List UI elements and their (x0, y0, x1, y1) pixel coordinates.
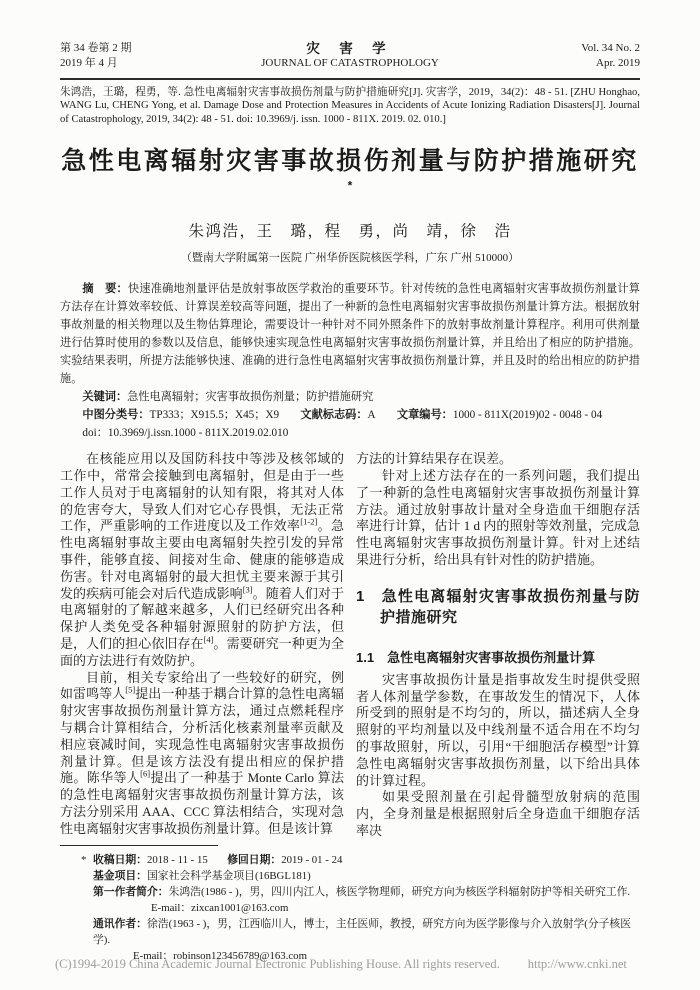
body-paragraph: 目前，相关专家给出了一些较好的研究，例如雷鸣等人[5]提出一种基于耦合计算的急性… (60, 670, 344, 838)
left-column: 在核能应用以及国防科技中等涉及核邻域的工作中，常常会接触到电离辐射，但是由于一些… (60, 451, 344, 840)
classification-line: 中图分类号：TP333；X915.5；X45；X9文献标志码：A文章编号：100… (60, 406, 640, 424)
received-label: 收稿日期： (93, 854, 147, 866)
article-title-text: 急性电离辐射灾害事故损伤剂量与防护措施研究 (61, 147, 639, 175)
right-column: 方法的计算结果存在误差。针对上述方法存在的一系列问题，我们提出了一种新的急性电离… (356, 451, 640, 840)
abstract-text: 快速准确地剂量评估是放射事故医学救治的重要环节。针对传统的急性电离辐射灾害事故损… (60, 283, 640, 385)
footnote-divider (60, 845, 218, 846)
fund-label: 基金项目： (93, 870, 147, 882)
body-paragraph: 在核能应用以及国防科技中等涉及核邻域的工作中，常常会接触到电离辐射，但是由于一些… (60, 451, 344, 669)
footnote-mark: * (81, 852, 93, 868)
body-paragraph: 方法的计算结果存在误差。 (356, 451, 640, 468)
article-id-value: 1000 - 811X(2019)02 - 0048 - 04 (453, 409, 602, 421)
cnki-url: http://www.cnki.net (528, 957, 627, 971)
issue-number-cn: 第 34 卷第 2 期 (60, 41, 180, 56)
journal-header: 第 34 卷第 2 期 2019 年 4 月 灾 害 学 JOURNAL OF … (60, 0, 640, 80)
reference-superscript: [4] (204, 635, 214, 645)
first-author-bio: 朱鸿浩(1986 - )，男，四川内江人，核医学物理师，研究方向为核医学科辐射防… (169, 886, 631, 898)
footnote-dates-line: *收稿日期：2018 - 11 - 15修回日期：2019 - 01 - 24 (93, 852, 640, 868)
issue-date-en: Apr. 2019 (520, 56, 640, 71)
reference-superscript: [1-2] (300, 517, 317, 527)
journal-page: 第 34 卷第 2 期 2019 年 4 月 灾 害 学 JOURNAL OF … (0, 0, 700, 990)
first-author-label: 第一作者简介： (93, 886, 169, 898)
body-columns: 在核能应用以及国防科技中等涉及核邻域的工作中，常常会接触到电离辐射，但是由于一些… (60, 451, 640, 840)
journal-name-cn: 灾 害 学 (180, 41, 520, 56)
fund-line: 基金项目：国家社会科学基金项目(16BGL181) (93, 868, 640, 884)
doi-line: doi：10.3969/j.issn.1000 - 811X.2019.02.0… (60, 424, 640, 442)
abstract-label: 摘 要： (82, 283, 128, 295)
title-footnote-mark: * (348, 179, 353, 193)
keywords-label: 关键词： (82, 391, 127, 403)
footnote-block: *收稿日期：2018 - 11 - 15修回日期：2019 - 01 - 24 … (60, 845, 640, 964)
subsection-heading: 1.1 急性电离辐射灾害事故损伤剂量计算 (356, 649, 640, 666)
header-volume-block: Vol. 34 No. 2 Apr. 2019 (520, 41, 640, 71)
corresponding-bio: 徐浩(1963 - )，男，江西临川人，博士，主任医师，教授，研究方向为医学影像… (93, 918, 631, 946)
article-title: 急性电离辐射灾害事故损伤剂量与防护措施研究* (60, 141, 640, 206)
doc-code-value: A (368, 409, 376, 421)
first-author-line: 第一作者简介：朱鸿浩(1986 - )，男，四川内江人，核医学物理师，研究方向为… (93, 884, 640, 900)
affiliation-line: （暨南大学附属第一医院 广州华侨医院核医学科，广东 广州 510000） (60, 249, 640, 265)
corresponding-author-line: 通讯作者：徐浩(1963 - )，男，江西临川人，博士，主任医师，教授，研究方向… (93, 916, 640, 948)
first-author-email: E-mail：zixcan1001@163.com (93, 900, 640, 916)
author-list: 朱鸿浩，王 璐，程 勇，尚 靖，徐 浩 (60, 219, 640, 241)
abstract-paragraph: 摘 要：快速准确地剂量评估是放射事故医学救治的重要环节。针对传统的急性电离辐射灾… (60, 280, 640, 388)
corresponding-label: 通讯作者： (93, 918, 147, 930)
doc-code-label: 文献标志码： (300, 409, 367, 421)
page-content: 第 34 卷第 2 期 2019 年 4 月 灾 害 学 JOURNAL OF … (60, 0, 640, 964)
cnki-copyright-bar: (C)1994-2019 China Academic Journal Elec… (55, 957, 627, 972)
keywords-line: 关键词：急性电离辐射；灾害事故损伤剂量；防护措施研究 (60, 388, 640, 406)
body-paragraph: 如果受照剂量在引起骨髓型放射病的范围内，全身剂量是根据照射后全身造血干细胞存活率… (356, 789, 640, 839)
header-journal-block: 灾 害 学 JOURNAL OF CATASTROPHOLOGY (180, 41, 520, 71)
reference-superscript: [3] (243, 584, 253, 594)
article-id-label: 文章编号： (397, 409, 453, 421)
journal-name-en: JOURNAL OF CATASTROPHOLOGY (180, 56, 520, 71)
reference-superscript: [5] (125, 685, 135, 695)
body-paragraph: 灾害事故损伤计量是指事故发生时提供受照者人体剂量学参数，在事故发生的情况下，人体… (356, 672, 640, 790)
copyright-text: (C)1994-2019 China Academic Journal Elec… (55, 957, 500, 971)
volume-number-en: Vol. 34 No. 2 (520, 41, 640, 56)
issue-date-cn: 2019 年 4 月 (60, 56, 180, 71)
body-paragraph: 针对上述方法存在的一系列问题，我们提出了一种新的急性电离辐射灾害事故损伤剂量计算… (356, 468, 640, 569)
section-heading: 1 急性电离辐射灾害事故损伤剂量与防护措施研究 (356, 586, 640, 628)
revised-date: 2019 - 01 - 24 (281, 854, 342, 866)
fund-value: 国家社会科学基金项目(16BGL181) (147, 870, 311, 882)
keywords-text: 急性电离辐射；灾害事故损伤剂量；防护措施研究 (127, 391, 373, 403)
revised-label: 修回日期： (227, 854, 281, 866)
clc-value: TP333；X915.5；X45；X9 (150, 409, 280, 421)
header-issue-block: 第 34 卷第 2 期 2019 年 4 月 (60, 41, 180, 71)
received-date: 2018 - 11 - 15 (147, 854, 208, 866)
article-meta: 摘 要：快速准确地剂量评估是放射事故医学救治的重要环节。针对传统的急性电离辐射灾… (60, 280, 640, 442)
reference-superscript: [6] (140, 769, 150, 779)
citation-block: 朱鸿浩，王璐，程勇，等. 急性电离辐射灾害事故损伤剂量与防护措施研究[J]. 灾… (60, 86, 640, 126)
clc-label: 中图分类号： (82, 409, 149, 421)
